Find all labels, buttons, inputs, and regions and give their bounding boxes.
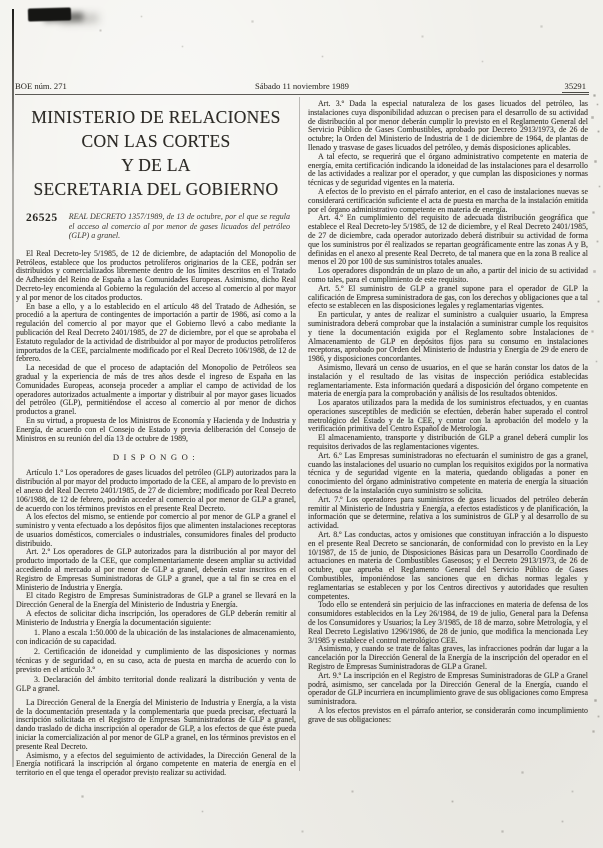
- paragraph: Asimismo, y cuando se trate de faltas gr…: [308, 645, 588, 671]
- paragraph: 2. Certificación de idoneidad y cumplimi…: [16, 648, 296, 674]
- decree-summary: REAL DECRETO 1357/1989, de 13 de octubre…: [69, 212, 294, 241]
- paragraph: El almacenamiento, transporte y distribu…: [308, 434, 588, 452]
- scan-edge-line-artifact: [12, 9, 14, 767]
- right-column: Art. 3.º Dada la especial naturaleza de …: [308, 100, 588, 778]
- scan-noise-specks: [0, 0, 1, 1]
- preamble-paragraphs: El Real Decreto-ley 5/1985, de 12 de dic…: [16, 250, 296, 444]
- articles-paragraphs-right: Art. 3.º Dada la especial naturaleza de …: [308, 100, 588, 725]
- paragraph: A los efectos previstos en el párrafo an…: [308, 707, 588, 725]
- paragraph: 3. Declaración del ámbito territorial do…: [16, 676, 296, 694]
- paragraph: Asimismo, llevará un censo de usuarios, …: [308, 364, 588, 399]
- paragraph: A efectos de lo previsto en el párrafo a…: [308, 188, 588, 214]
- paragraph: A tal efecto, se requerirá que el órgano…: [308, 153, 588, 188]
- paragraph: En su virtud, a propuesta de los Ministr…: [16, 417, 296, 443]
- paragraph: Los operadores dispondrán de un plazo de…: [308, 267, 588, 285]
- articles-paragraphs-left: Artículo 1.º Los operadores de gases lic…: [16, 469, 296, 778]
- paragraph: A los efectos del mismo, se entiende por…: [16, 513, 296, 548]
- paragraph: En particular, y antes de realizar el su…: [308, 311, 588, 364]
- page-header: BOE núm. 271 Sábado 11 noviembre 1989 35…: [15, 81, 589, 95]
- paragraph: Art. 8.º Las conductas, actos y omisione…: [308, 531, 588, 601]
- scan-smudge-artifact: [28, 7, 71, 21]
- paragraph: Art. 2.º Los operadores de GLP autorizad…: [16, 548, 296, 592]
- decree-heading: 26525 REAL DECRETO 1357/1989, de 13 de o…: [26, 212, 294, 241]
- paragraph: En base a ello, y a lo establecido en el…: [16, 303, 296, 365]
- paragraph: Art. 9.º La inscripción en el Registro d…: [308, 672, 588, 707]
- paragraph: Los aparatos utilizados para la medida d…: [308, 399, 588, 434]
- paragraph: Art. 7.º Los operadores para suministros…: [308, 496, 588, 531]
- paragraph: A efectos de solicitar dicha inscripción…: [16, 610, 296, 628]
- ministry-title: MINISTERIO DE RELACIONES CON LAS CORTES …: [16, 105, 296, 201]
- header-page-number: 35291: [439, 81, 589, 91]
- paragraph: Art. 4.º En cumplimiento del requisito d…: [308, 214, 588, 267]
- paragraph: Artículo 1.º Los operadores de gases lic…: [16, 469, 296, 513]
- decree-item-number: 26525: [26, 212, 58, 241]
- paragraph: Todo ello se entenderá sin perjuicio de …: [308, 601, 588, 645]
- dispongo-heading: DISPONGO:: [16, 452, 296, 462]
- paragraph: Art. 6.º Las Empresas suministradoras no…: [308, 452, 588, 496]
- header-date: Sábado 11 noviembre 1989: [165, 81, 439, 91]
- paragraph: Asimismo, y a efectos del seguimiento de…: [16, 752, 296, 778]
- paragraph: La necesidad de que el proceso de adapta…: [16, 364, 296, 417]
- paragraph: El Real Decreto-ley 5/1985, de 12 de dic…: [16, 250, 296, 303]
- paragraph: 1. Plano a escala 1:50.000 de la ubicaci…: [16, 629, 296, 647]
- text-columns: MINISTERIO DE RELACIONES CON LAS CORTES …: [16, 100, 589, 778]
- header-issue-number: BOE núm. 271: [15, 81, 165, 91]
- paragraph: El citado Registro de Empresas Suministr…: [16, 592, 296, 610]
- left-column: MINISTERIO DE RELACIONES CON LAS CORTES …: [16, 100, 296, 778]
- paragraph: La Dirección General de la Energía del M…: [16, 699, 296, 752]
- boe-scanned-page: BOE núm. 271 Sábado 11 noviembre 1989 35…: [0, 0, 603, 848]
- paragraph: Art. 5.º El suministro de GLP a granel s…: [308, 285, 588, 311]
- paragraph: Art. 3.º Dada la especial naturaleza de …: [308, 100, 588, 153]
